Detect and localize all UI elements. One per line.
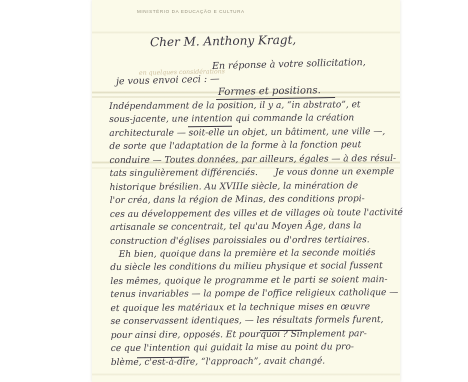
body-line: ce que l'intention qui guidait la mise a… bbox=[111, 341, 397, 356]
salutation: Cher M. Anthony Kragt, bbox=[150, 33, 296, 50]
body-line: blème, c'est-à-dire, “l'approach”, avait… bbox=[111, 355, 397, 370]
opening-line-2: je vous envoi ceci : — bbox=[116, 74, 220, 88]
opening-line-1: En réponse à votre sollicitation, bbox=[212, 57, 366, 72]
body-line: artisanale se concentrait, tel qu'au Moy… bbox=[110, 220, 396, 235]
letter-title-underlined: Formes et positions. bbox=[216, 85, 335, 100]
paper-fold-crease bbox=[92, 373, 400, 376]
letterhead-text: MINISTÉRIO DA EDUCAÇÃO E CULTURA bbox=[137, 9, 245, 14]
letter-body: Indépendamment de la position, il y a, “… bbox=[109, 99, 397, 370]
scanned-letter-page: { "page": { "background_color": "#ffffff… bbox=[0, 0, 468, 382]
letter-paper-sheet: MINISTÉRIO DA EDUCAÇÃO E CULTURA Cher M.… bbox=[92, 0, 400, 382]
